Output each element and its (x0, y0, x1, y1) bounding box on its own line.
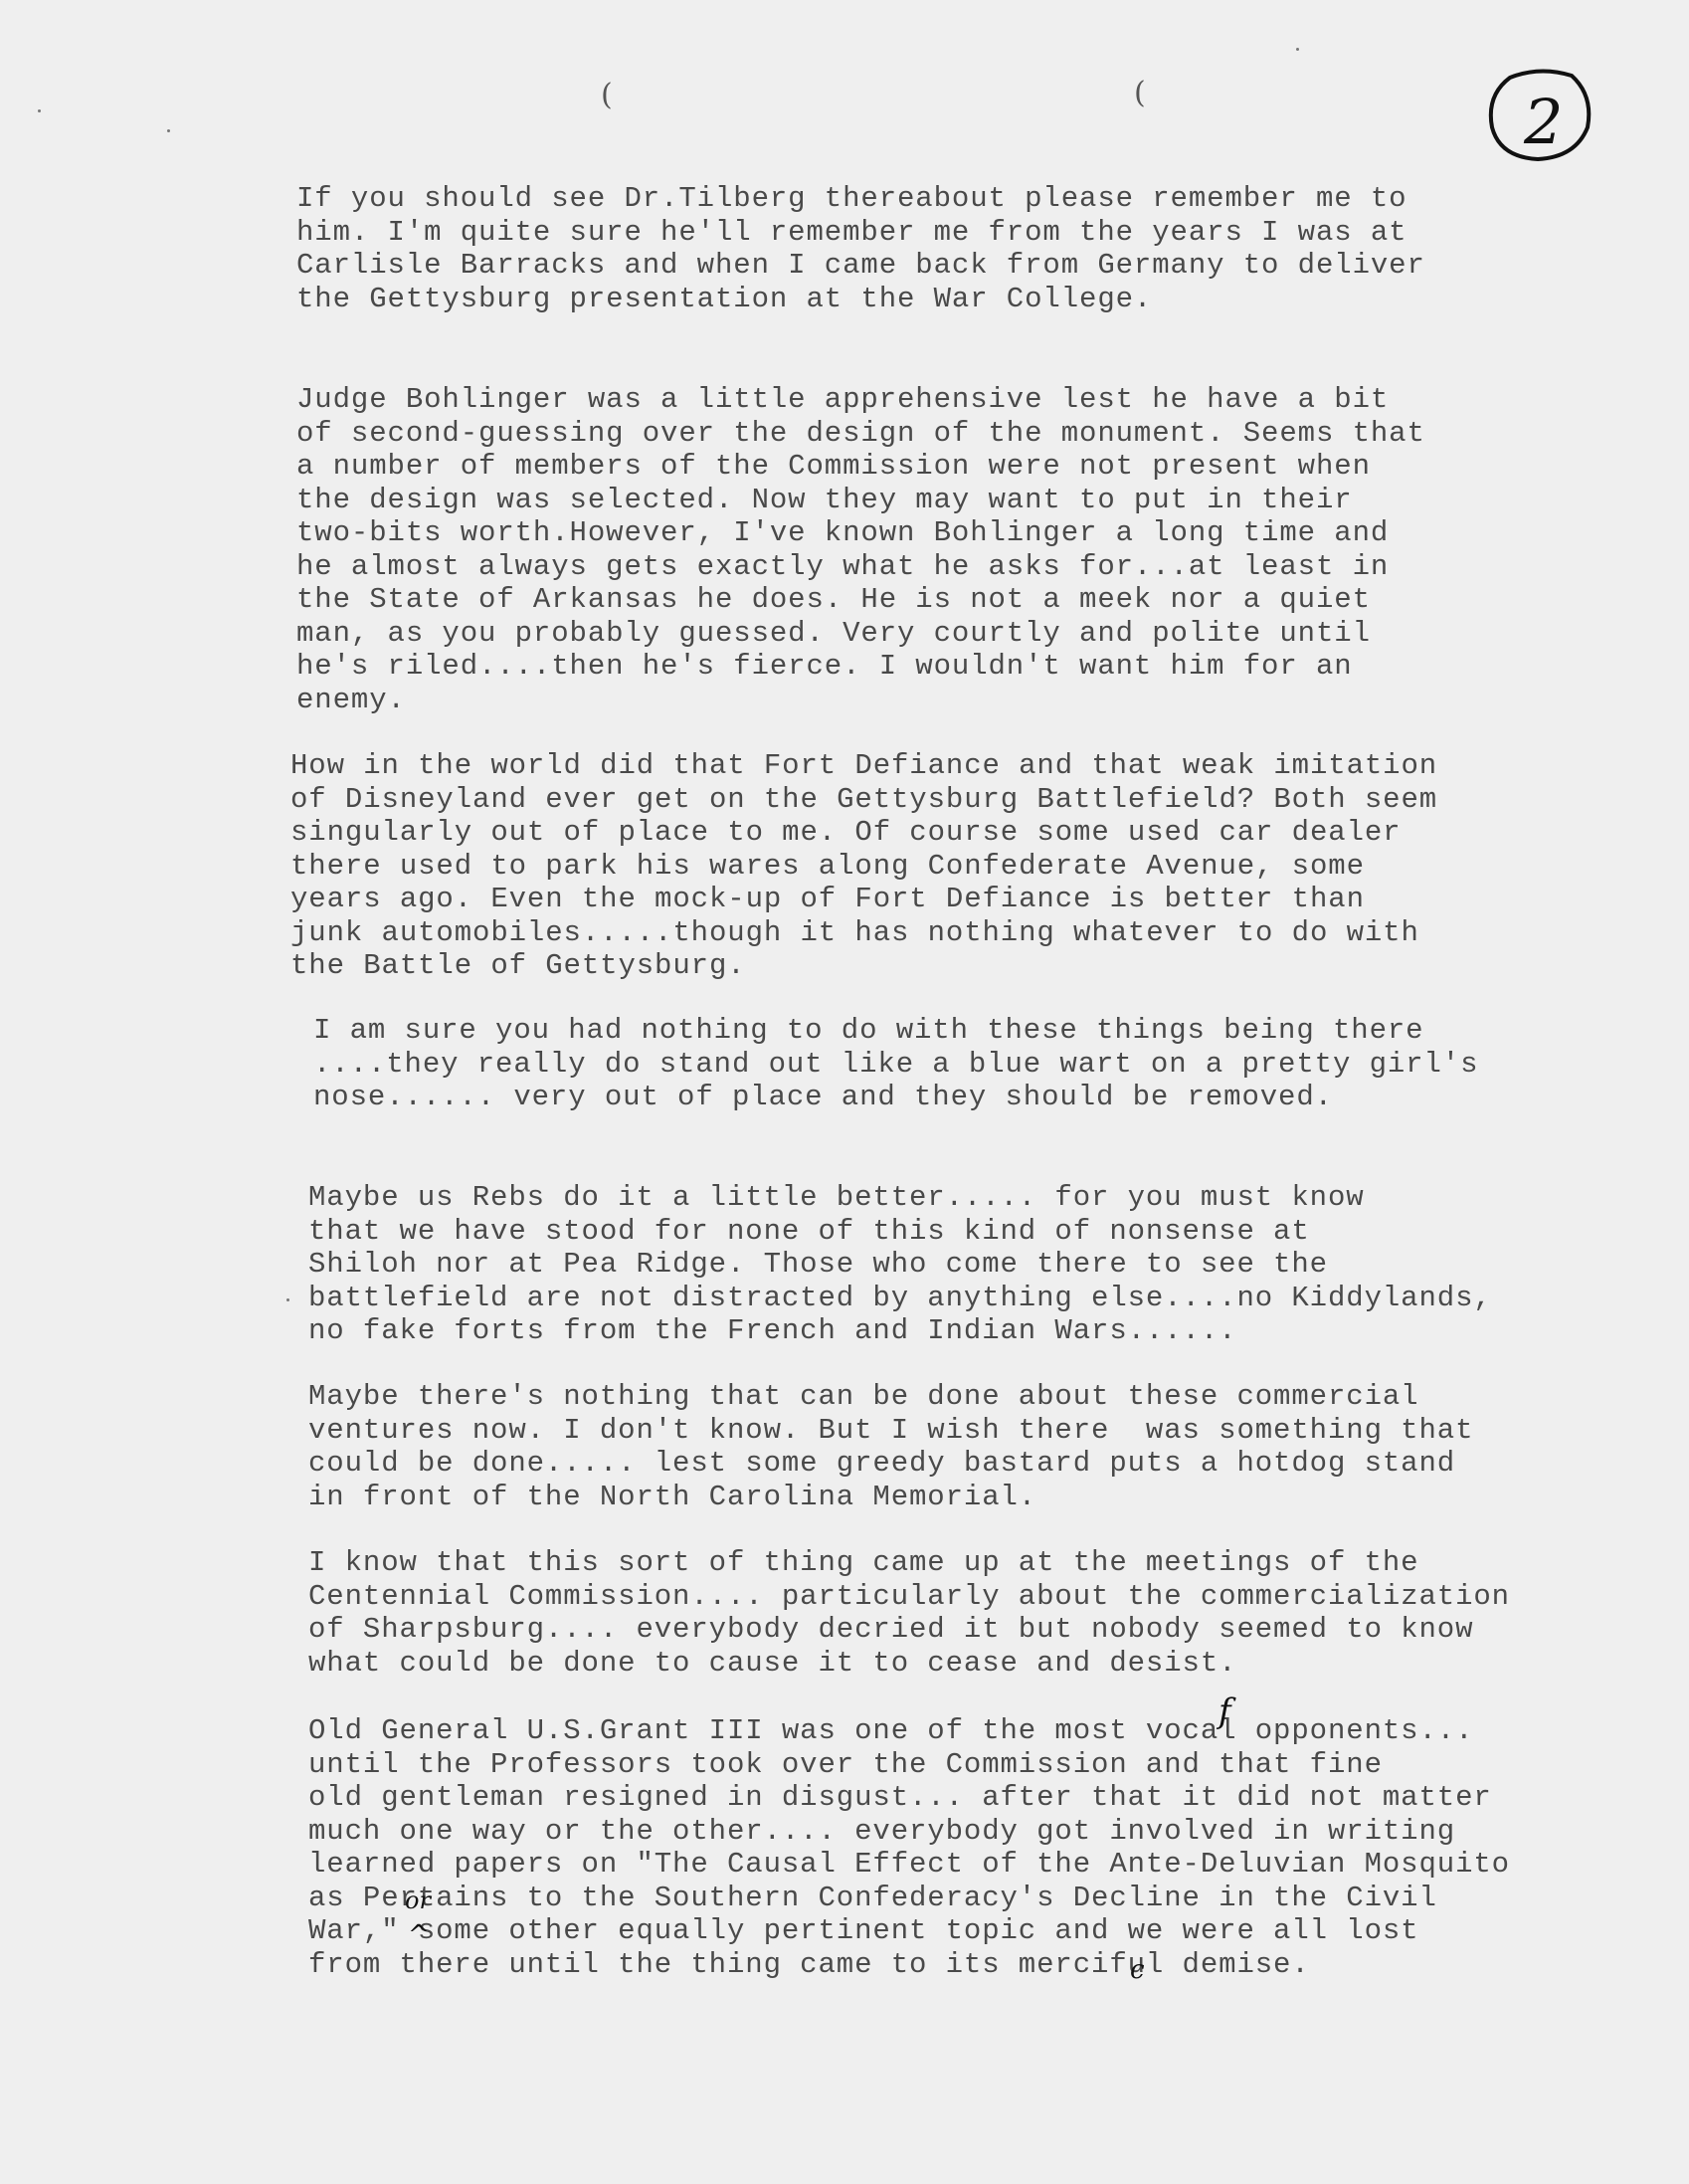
text-line: could be done..... lest some greedy bast… (308, 1447, 1473, 1481)
text-line: in front of the North Carolina Memorial. (308, 1481, 1473, 1514)
text-line: If you should see Dr.Tilberg thereabout … (296, 182, 1425, 216)
text-line: How in the world did that Fort Defiance … (290, 749, 1437, 783)
text-line: as Pertains to the Southern Confederacy'… (308, 1882, 1510, 1915)
text-line: much one way or the other.... everybody … (308, 1815, 1510, 1849)
circled-page-number: 2 (1480, 66, 1597, 165)
text-line: singularly out of place to me. Of course… (290, 816, 1437, 850)
handwritten-correction: f (1219, 1691, 1231, 1731)
stray-dot (167, 129, 170, 132)
text-line: Maybe there's nothing that can be done a… (308, 1380, 1473, 1414)
caret-mark: ^ (408, 1920, 430, 1950)
text-line: from there until the thing came to its m… (308, 1948, 1510, 1982)
text-line: Carlisle Barracks and when I came back f… (296, 249, 1425, 283)
stray-dot (38, 109, 41, 112)
text-line: Maybe us Rebs do it a little better.....… (308, 1181, 1492, 1215)
text-line: years ago. Even the mock-up of Fort Defi… (290, 883, 1437, 916)
paragraph-8: Old General U.S.Grant III was one of the… (308, 1714, 1510, 1981)
stray-mark: ( (1134, 76, 1146, 110)
svg-text:2: 2 (1523, 86, 1563, 158)
text-line: there used to park his wares along Confe… (290, 850, 1437, 884)
text-line: ....they really do stand out like a blue… (313, 1048, 1478, 1082)
stray-mark: ( (601, 78, 613, 112)
text-line: learned papers on "The Causal Effect of … (308, 1848, 1510, 1882)
text-line: the design was selected. Now they may wa… (296, 484, 1425, 517)
text-line: junk automobiles.....though it has nothi… (290, 916, 1437, 950)
paragraph-4: I am sure you had nothing to do with the… (313, 1014, 1478, 1114)
text-line: old gentleman resigned in disgust... aft… (308, 1781, 1510, 1815)
text-line: ventures now. I don't know. But I wish t… (308, 1414, 1473, 1448)
text-line: until the Professors took over the Commi… (308, 1748, 1510, 1782)
text-line: a number of members of the Commission we… (296, 450, 1425, 484)
typewritten-letter-page: 2 ( ( If you should see Dr.Tilberg there… (0, 0, 1689, 2184)
text-line: Shiloh nor at Pea Ridge. Those who come … (308, 1248, 1492, 1282)
text-line: nose...... very out of place and they sh… (313, 1081, 1478, 1114)
text-line: the Battle of Gettysburg. (290, 949, 1437, 983)
paragraph-3: How in the world did that Fort Defiance … (290, 749, 1437, 983)
text-line: Old General U.S.Grant III was one of the… (308, 1714, 1510, 1748)
text-line: War," some other equally pertinent topic… (308, 1914, 1510, 1948)
text-line: no fake forts from the French and Indian… (308, 1314, 1492, 1348)
text-line: the Gettysburg presentation at the War C… (296, 283, 1425, 316)
text-line: he's riled....then he's fierce. I wouldn… (296, 650, 1425, 684)
paragraph-2: Judge Bohlinger was a little apprehensiv… (296, 383, 1425, 716)
paragraph-6: Maybe there's nothing that can be done a… (308, 1380, 1473, 1513)
text-line: enemy. (296, 684, 1425, 717)
text-line: the State of Arkansas he does. He is not… (296, 583, 1425, 617)
text-line: Judge Bohlinger was a little apprehensiv… (296, 383, 1425, 417)
handwritten-insertion: or (405, 1886, 431, 1914)
text-line: battlefield are not distracted by anythi… (308, 1282, 1492, 1315)
text-line: him. I'm quite sure he'll remember me fr… (296, 216, 1425, 250)
text-line: man, as you probably guessed. Very court… (296, 617, 1425, 651)
stray-dot (286, 1298, 289, 1301)
text-line: what could be done to cause it to cease … (308, 1647, 1510, 1681)
paragraph-5: Maybe us Rebs do it a little better.....… (308, 1181, 1492, 1348)
text-line: he almost always gets exactly what he as… (296, 550, 1425, 584)
text-line: two-bits worth.However, I've known Bohli… (296, 516, 1425, 550)
text-line: of Disneyland ever get on the Gettysburg… (290, 783, 1437, 817)
text-line: Centennial Commission.... particularly a… (308, 1580, 1510, 1614)
text-line: of second-guessing over the design of th… (296, 417, 1425, 451)
text-line: that we have stood for none of this kind… (308, 1215, 1492, 1249)
stray-dot (1296, 48, 1299, 51)
handwritten-correction: c (1130, 1955, 1145, 1985)
paragraph-1: If you should see Dr.Tilberg thereabout … (296, 182, 1425, 315)
text-line: I am sure you had nothing to do with the… (313, 1014, 1478, 1048)
text-line: of Sharpsburg.... everybody decried it b… (308, 1613, 1510, 1647)
paragraph-7: I know that this sort of thing came up a… (308, 1546, 1510, 1680)
text-line: I know that this sort of thing came up a… (308, 1546, 1510, 1580)
